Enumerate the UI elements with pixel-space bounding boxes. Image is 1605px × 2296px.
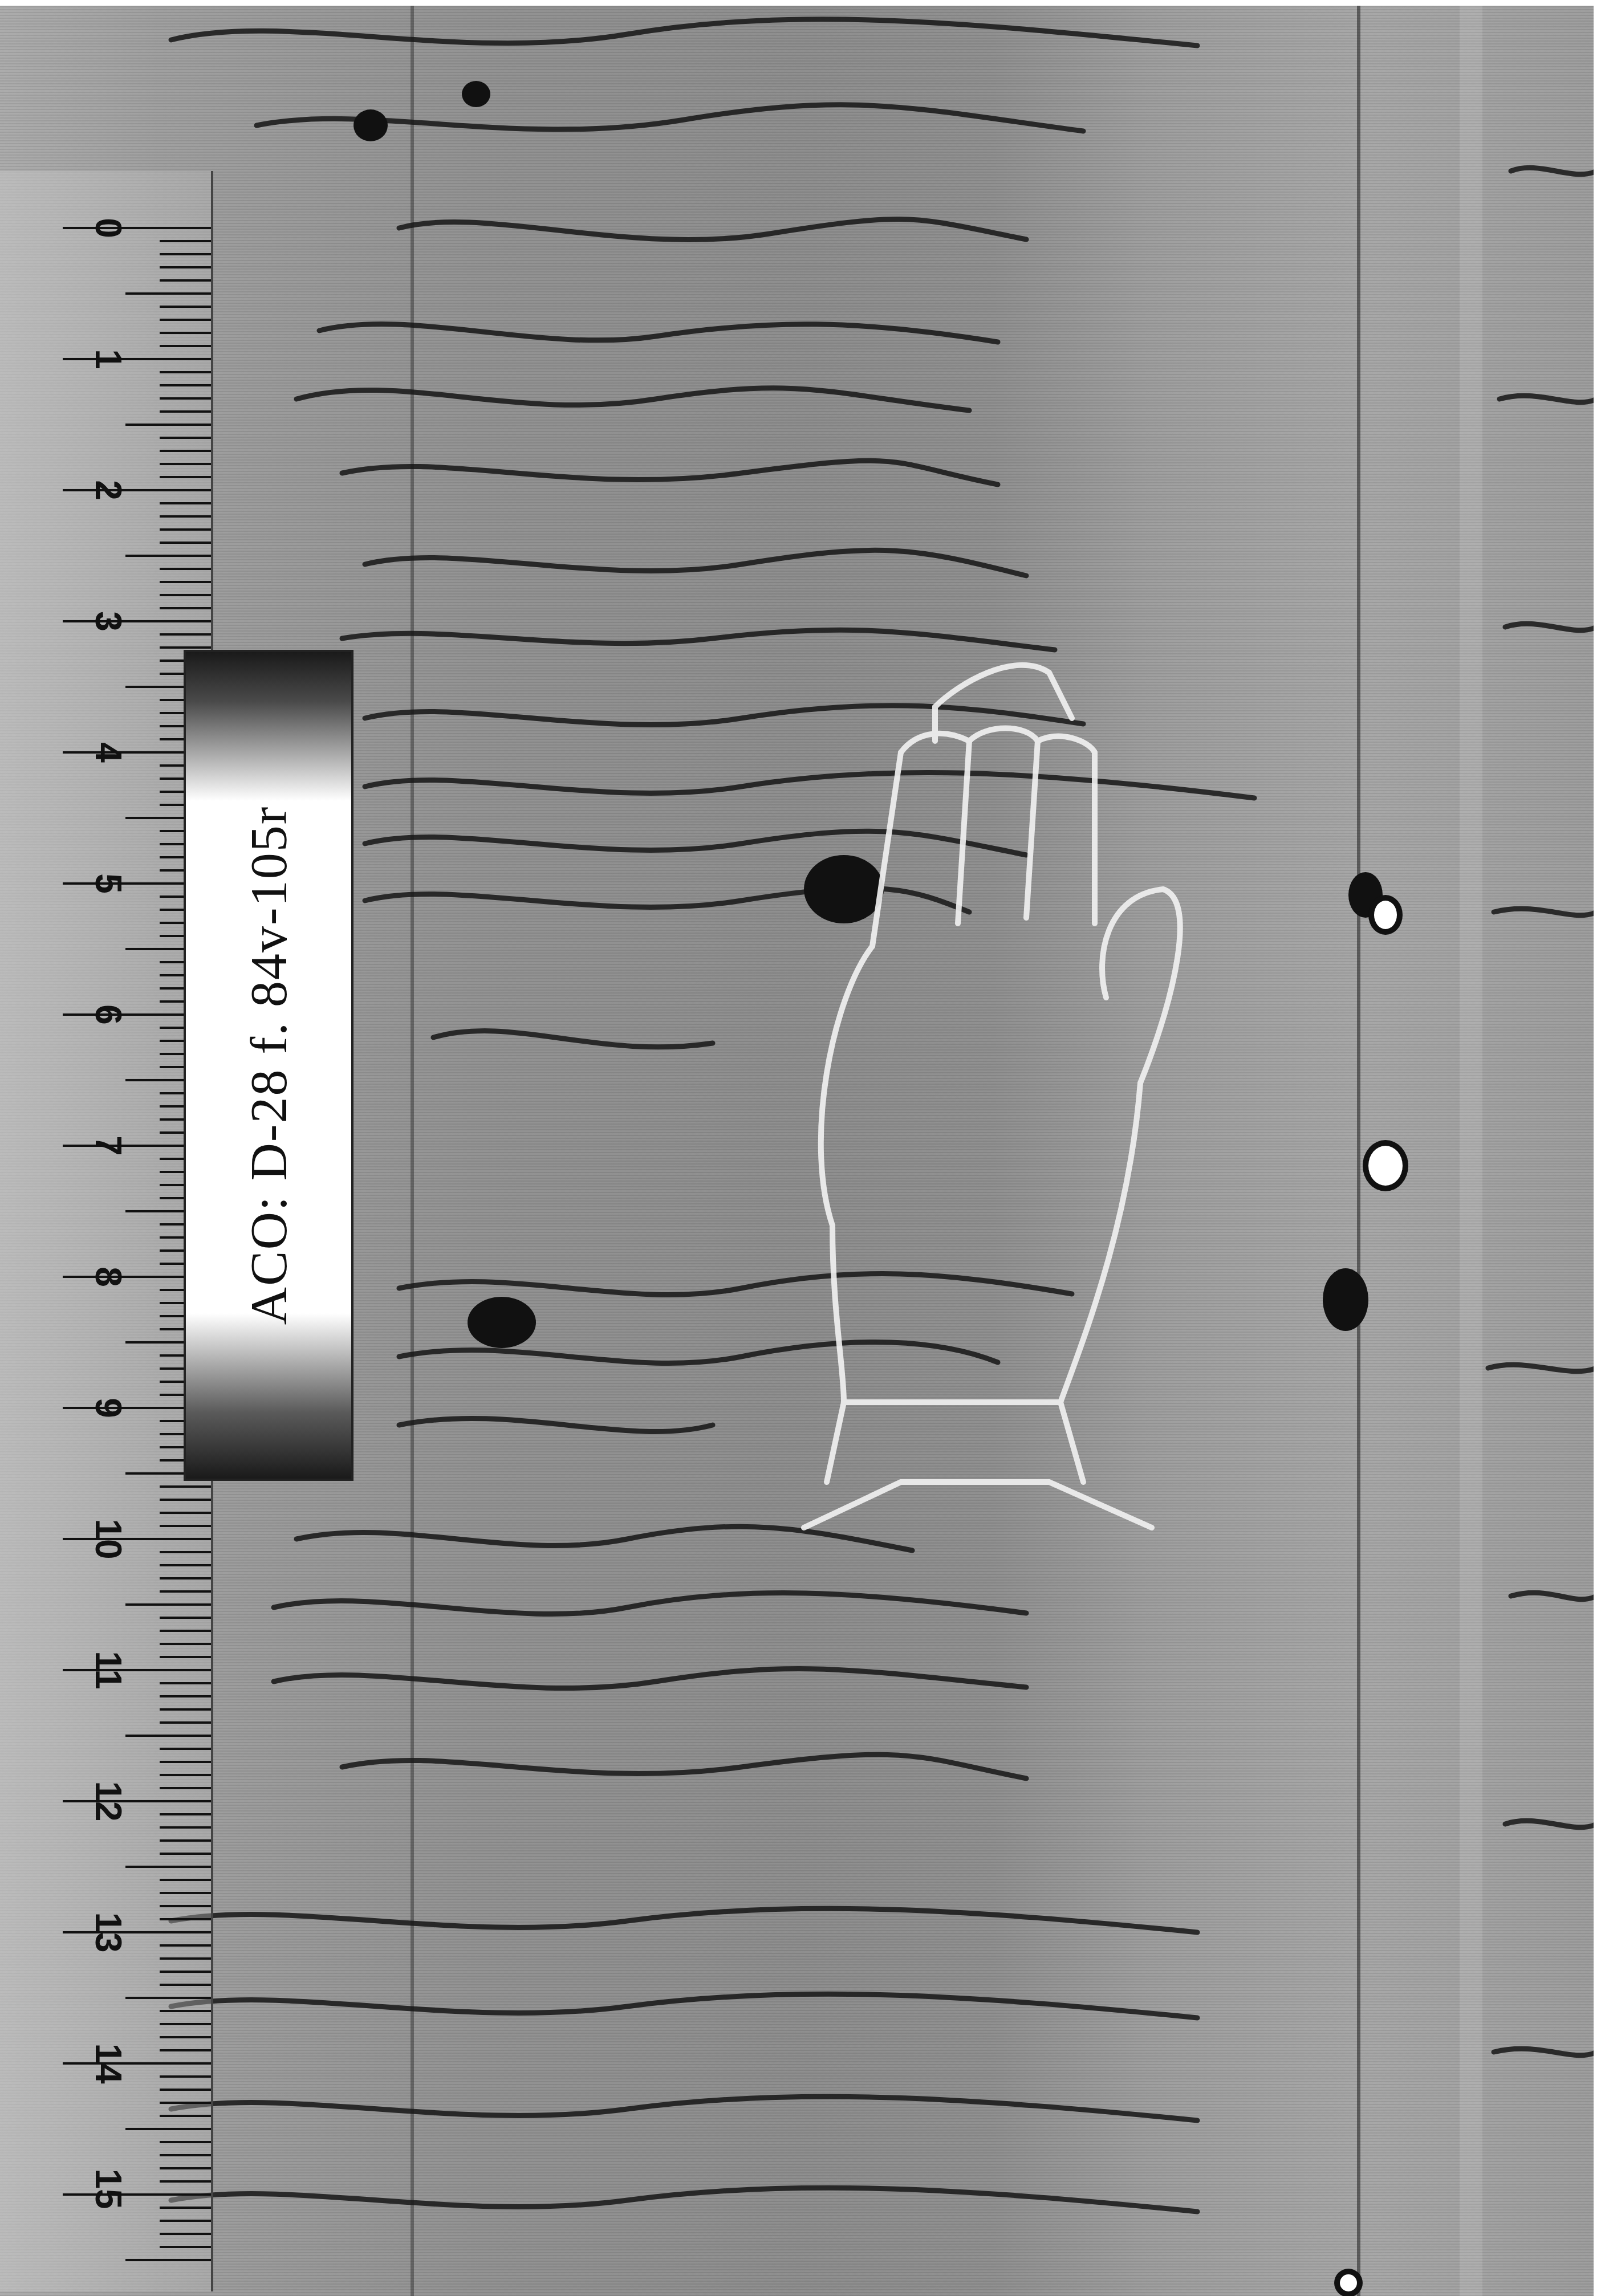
label-text: ACO: D-28 f. 84v-105r [238, 806, 299, 1325]
hand-watermark [730, 399, 1186, 1596]
paper-hole [1368, 1146, 1403, 1186]
ruler: 0 1 2 3 4 5 6 7 8 9 10 11 12 13 14 15 [0, 171, 213, 2291]
paper-hole [1374, 901, 1397, 929]
paper-hole [1340, 2274, 1357, 2291]
manuscript-photo: 0 1 2 3 4 5 6 7 8 9 10 11 12 13 14 15 AC… [0, 0, 1605, 2296]
ruler-ticks [0, 171, 211, 2291]
right-margin [1594, 0, 1605, 2296]
catalogue-label: ACO: D-28 f. 84v-105r [184, 650, 353, 1481]
